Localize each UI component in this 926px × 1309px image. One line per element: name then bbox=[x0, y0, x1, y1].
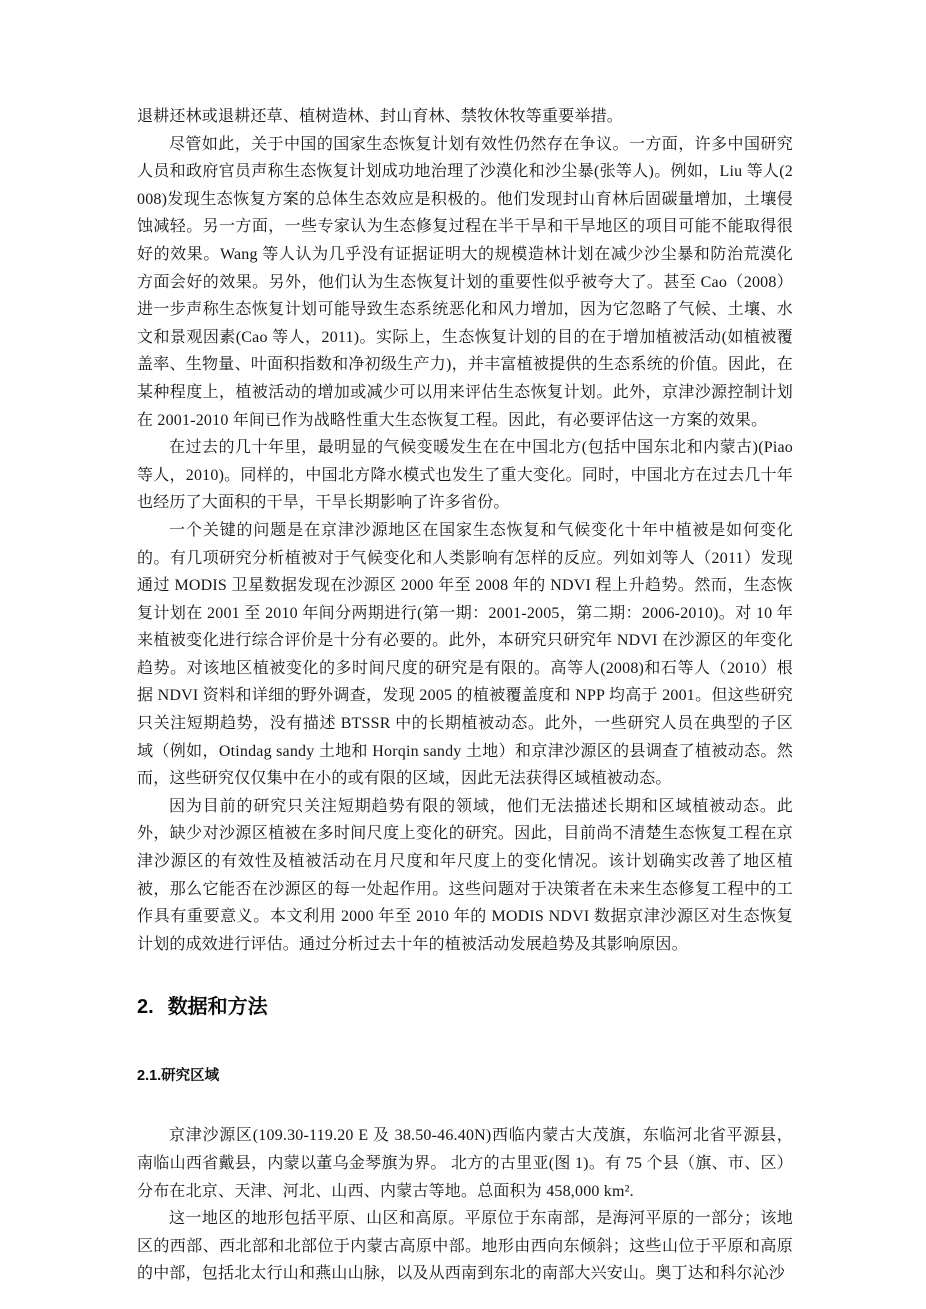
subsection-heading-study-area: 2.1.研究区域 bbox=[137, 1066, 793, 1086]
section-heading-title: 数据和方法 bbox=[168, 996, 268, 1018]
paragraph-study-area-extent: 京津沙源区(109.30-119.20 E 及 38.50-46.40N)西临内… bbox=[137, 1122, 793, 1205]
section-heading-data-and-methods: 2.数据和方法 bbox=[137, 992, 793, 1022]
paragraph-key-question: 一个关键的问题是在京津沙源地区在国家生态恢复和气候变化十年中植被是如何变化的。有… bbox=[137, 517, 793, 793]
paragraph-study-area-topography: 这一地区的地形包括平原、山区和高原。平原位于东南部，是海河平原的一部分；该地区的… bbox=[137, 1205, 793, 1288]
paragraph-debate-on-restoration: 尽管如此，关于中国的国家生态恢复计划有效性仍然存在争议。一方面，许多中国研究人员… bbox=[137, 131, 793, 435]
document-page: 退耕还林或退耕还草、植树造林、封山育林、禁牧休牧等重要举措。 尽管如此，关于中国… bbox=[0, 0, 926, 1309]
paragraph-intro-continuation: 退耕还林或退耕还草、植树造林、封山育林、禁牧休牧等重要举措。 bbox=[137, 103, 793, 131]
paragraph-climate-warming: 在过去的几十年里，最明显的气候变暖发生在在中国北方(包括中国东北和内蒙古)(Pi… bbox=[137, 434, 793, 517]
document-text-block: 退耕还林或退耕还草、植树造林、封山育林、禁牧休牧等重要举措。 尽管如此，关于中国… bbox=[137, 103, 793, 1288]
study-area-section: 京津沙源区(109.30-119.20 E 及 38.50-46.40N)西临内… bbox=[137, 1122, 793, 1288]
paragraph-study-motivation: 因为目前的研究只关注短期趋势有限的领域，他们无法描述长期和区域植被动态。此外，缺… bbox=[137, 793, 793, 959]
section-heading-number: 2. bbox=[137, 996, 154, 1018]
